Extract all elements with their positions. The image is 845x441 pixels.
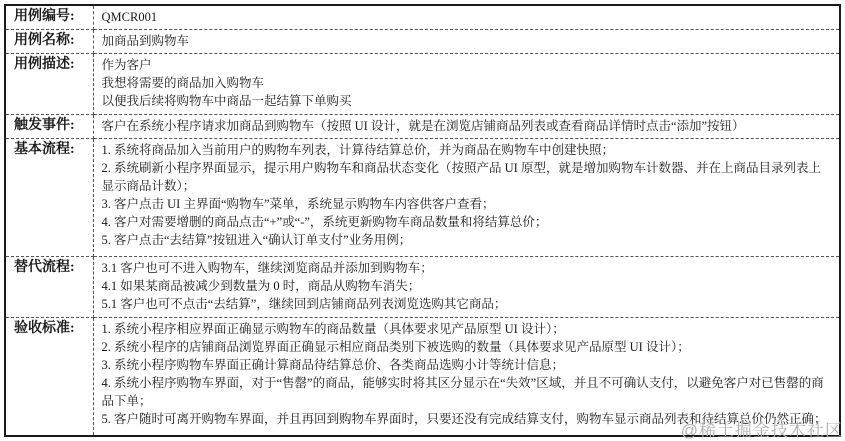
- table-row: 替代流程: 3.1 客户也可不进入购物车，继续浏览商品并添加到购物车； 4.1 …: [5, 256, 840, 317]
- content-line: 5. 客户点击“去结算”按钮进入“确认订单支付”业务用例；: [102, 231, 832, 249]
- table-row: 基本流程: 1. 系统将商品加入当前用户的购物车列表，计算待结算总价，并为商品在…: [5, 139, 840, 257]
- content-line: 3. 客户点击 UI 主界面“购物车”菜单，系统显示购物车内容供客户查看；: [102, 195, 832, 213]
- document-page: 用例编号: QMCR001 用例名称: 加商品到购物车 用例描述: 作为客户 我…: [0, 0, 845, 441]
- content-line: 客户在系统小程序请求加商品到购物车（按照 UI 设计，就是在浏览店铺商品列表或查…: [102, 117, 832, 135]
- content-line: QMCR001: [102, 8, 832, 26]
- row-content: 作为客户 我想将需要的商品加入购物车 以便我后续将购物车中商品一起结算下单购买: [93, 53, 840, 114]
- content-line: 作为客户: [102, 56, 832, 74]
- content-line: 4. 系统小程序购物车界面，对于“售罄”的商品，能够实时将其区分显示在“失效”区…: [102, 374, 832, 410]
- content-line: 加商品到购物车: [102, 32, 832, 50]
- row-content: QMCR001: [93, 5, 840, 29]
- table-row: 触发事件: 客户在系统小程序请求加商品到购物车（按照 UI 设计，就是在浏览店铺…: [5, 115, 840, 139]
- content-line: 3.1 客户也可不进入购物车，继续浏览商品并添加到购物车；: [102, 259, 832, 277]
- row-content: 客户在系统小程序请求加商品到购物车（按照 UI 设计，就是在浏览店铺商品列表或查…: [93, 115, 840, 139]
- row-label: 触发事件:: [5, 115, 93, 139]
- table-row: 用例描述: 作为客户 我想将需要的商品加入购物车 以便我后续将购物车中商品一起结…: [5, 53, 840, 114]
- table-row: 用例名称: 加商品到购物车: [5, 29, 840, 53]
- row-content: 1. 系统将商品加入当前用户的购物车列表，计算待结算总价，并为商品在购物车中创建…: [93, 139, 840, 257]
- row-label: 替代流程:: [5, 256, 93, 317]
- content-line: 5.1 客户也可不点击“去结算”，继续回到店铺商品列表浏览选购其它商品；: [102, 295, 832, 313]
- use-case-table: 用例编号: QMCR001 用例名称: 加商品到购物车 用例描述: 作为客户 我…: [4, 4, 841, 437]
- content-line: 1. 系统小程序相应界面正确显示购物车的商品数量（具体要求见产品原型 UI 设计…: [102, 320, 832, 338]
- row-content: 加商品到购物车: [93, 29, 840, 53]
- content-line: 2. 系统刷新小程序界面显示，提示用户购物车和商品状态变化（按照产品 UI 原型…: [102, 159, 832, 195]
- row-content: 3.1 客户也可不进入购物车，继续浏览商品并添加到购物车； 4.1 如果某商品被…: [93, 256, 840, 317]
- content-line: 以便我后续将购物车中商品一起结算下单购买: [102, 92, 832, 110]
- content-line: 4.1 如果某商品被减少到数量为 0 时，商品从购物车消失；: [102, 277, 832, 295]
- watermark: @稀土掘金技术社区: [681, 416, 843, 441]
- content-line: 2. 系统小程序的店铺商品浏览界面正确显示相应商品类别下被选购的数量（具体要求见…: [102, 338, 832, 356]
- content-line: 3. 系统小程序购物车界面正确计算商品待结算总价、各类商品选购小计等统计信息；: [102, 356, 832, 374]
- table-row: 用例编号: QMCR001: [5, 5, 840, 29]
- content-line: 1. 系统将商品加入当前用户的购物车列表，计算待结算总价，并为商品在购物车中创建…: [102, 141, 832, 159]
- row-label: 用例描述:: [5, 53, 93, 114]
- row-label: 验收标准:: [5, 318, 93, 436]
- row-label: 用例编号:: [5, 5, 93, 29]
- row-label: 用例名称:: [5, 29, 93, 53]
- content-line: 我想将需要的商品加入购物车: [102, 74, 832, 92]
- content-line: 4. 客户对需要增删的商品点击“+”或“-”，系统更新购物车商品数量和将结算总价…: [102, 213, 832, 231]
- row-label: 基本流程:: [5, 139, 93, 257]
